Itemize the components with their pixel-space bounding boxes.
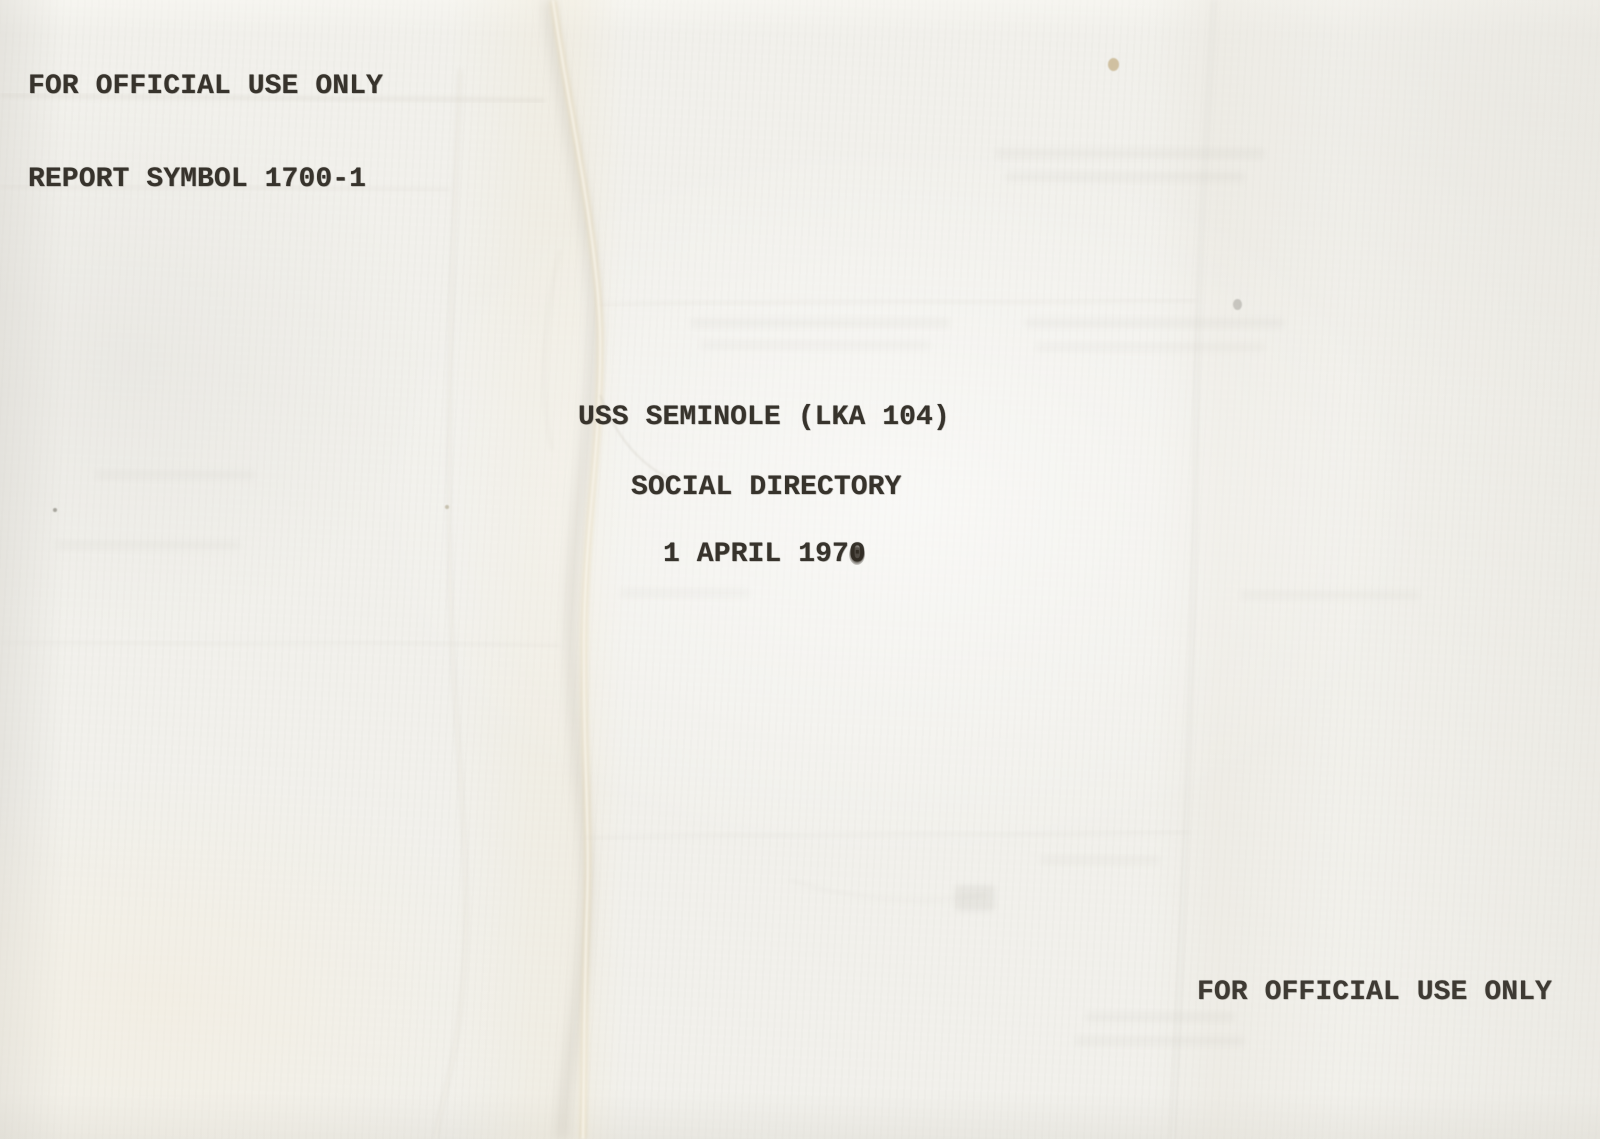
horizontal-wrinkle [585, 832, 1190, 838]
bleed-through-smudge [690, 318, 950, 328]
horizontal-wrinkle [0, 642, 560, 646]
classification-header-line: FOR OFFICIAL USE ONLY [28, 71, 383, 102]
classification-header: FOR OFFICIAL USE ONLY REPORT SYMBOL 1700… [28, 9, 383, 257]
paper-speck [445, 505, 449, 509]
main-fold-shadow [548, 0, 594, 1139]
diagonal-wrinkle [790, 880, 985, 900]
secondary-crease [436, 70, 466, 1139]
bleed-through-smudge [55, 540, 240, 550]
bleed-through-smudge [1085, 1012, 1235, 1022]
bleed-through-smudge [995, 148, 1265, 159]
date-line: 1 APRIL 1970 [663, 539, 866, 570]
bleed-through-smudge [1040, 855, 1160, 865]
main-fold-highlight [553, 0, 600, 1139]
right-fold-highlight [1173, 0, 1214, 1139]
bleed-through-smudge [955, 885, 995, 911]
social-directory-line: SOCIAL DIRECTORY [631, 472, 901, 503]
horizontal-wrinkle [600, 300, 1196, 305]
classification-footer-line: FOR OFFICIAL USE ONLY [1197, 977, 1552, 1008]
main-fold-crease [553, 0, 600, 1139]
bleed-through-smudge [1240, 590, 1420, 600]
paper-speck [53, 508, 57, 512]
bleed-through-smudge [1035, 342, 1265, 352]
diagonal-wrinkle [544, 250, 560, 450]
ship-title-line: USS SEMINOLE (LKA 104) [578, 402, 950, 433]
bleed-through-smudge [700, 340, 930, 350]
bleed-through-smudge [95, 470, 255, 480]
bleed-through-smudge [1025, 318, 1285, 328]
secondary-crease-highlight [436, 70, 466, 1139]
paper-speck [1108, 58, 1119, 71]
right-fold-crease [1173, 0, 1214, 1139]
bleed-through-smudge [1075, 1036, 1245, 1046]
bleed-through-smudge [1005, 172, 1245, 182]
report-symbol-line: REPORT SYMBOL 1700-1 [28, 164, 383, 195]
bleed-through-smudge [620, 588, 750, 598]
scanned-page: FOR OFFICIAL USE ONLY REPORT SYMBOL 1700… [0, 0, 1600, 1139]
paper-speck [1233, 299, 1242, 310]
